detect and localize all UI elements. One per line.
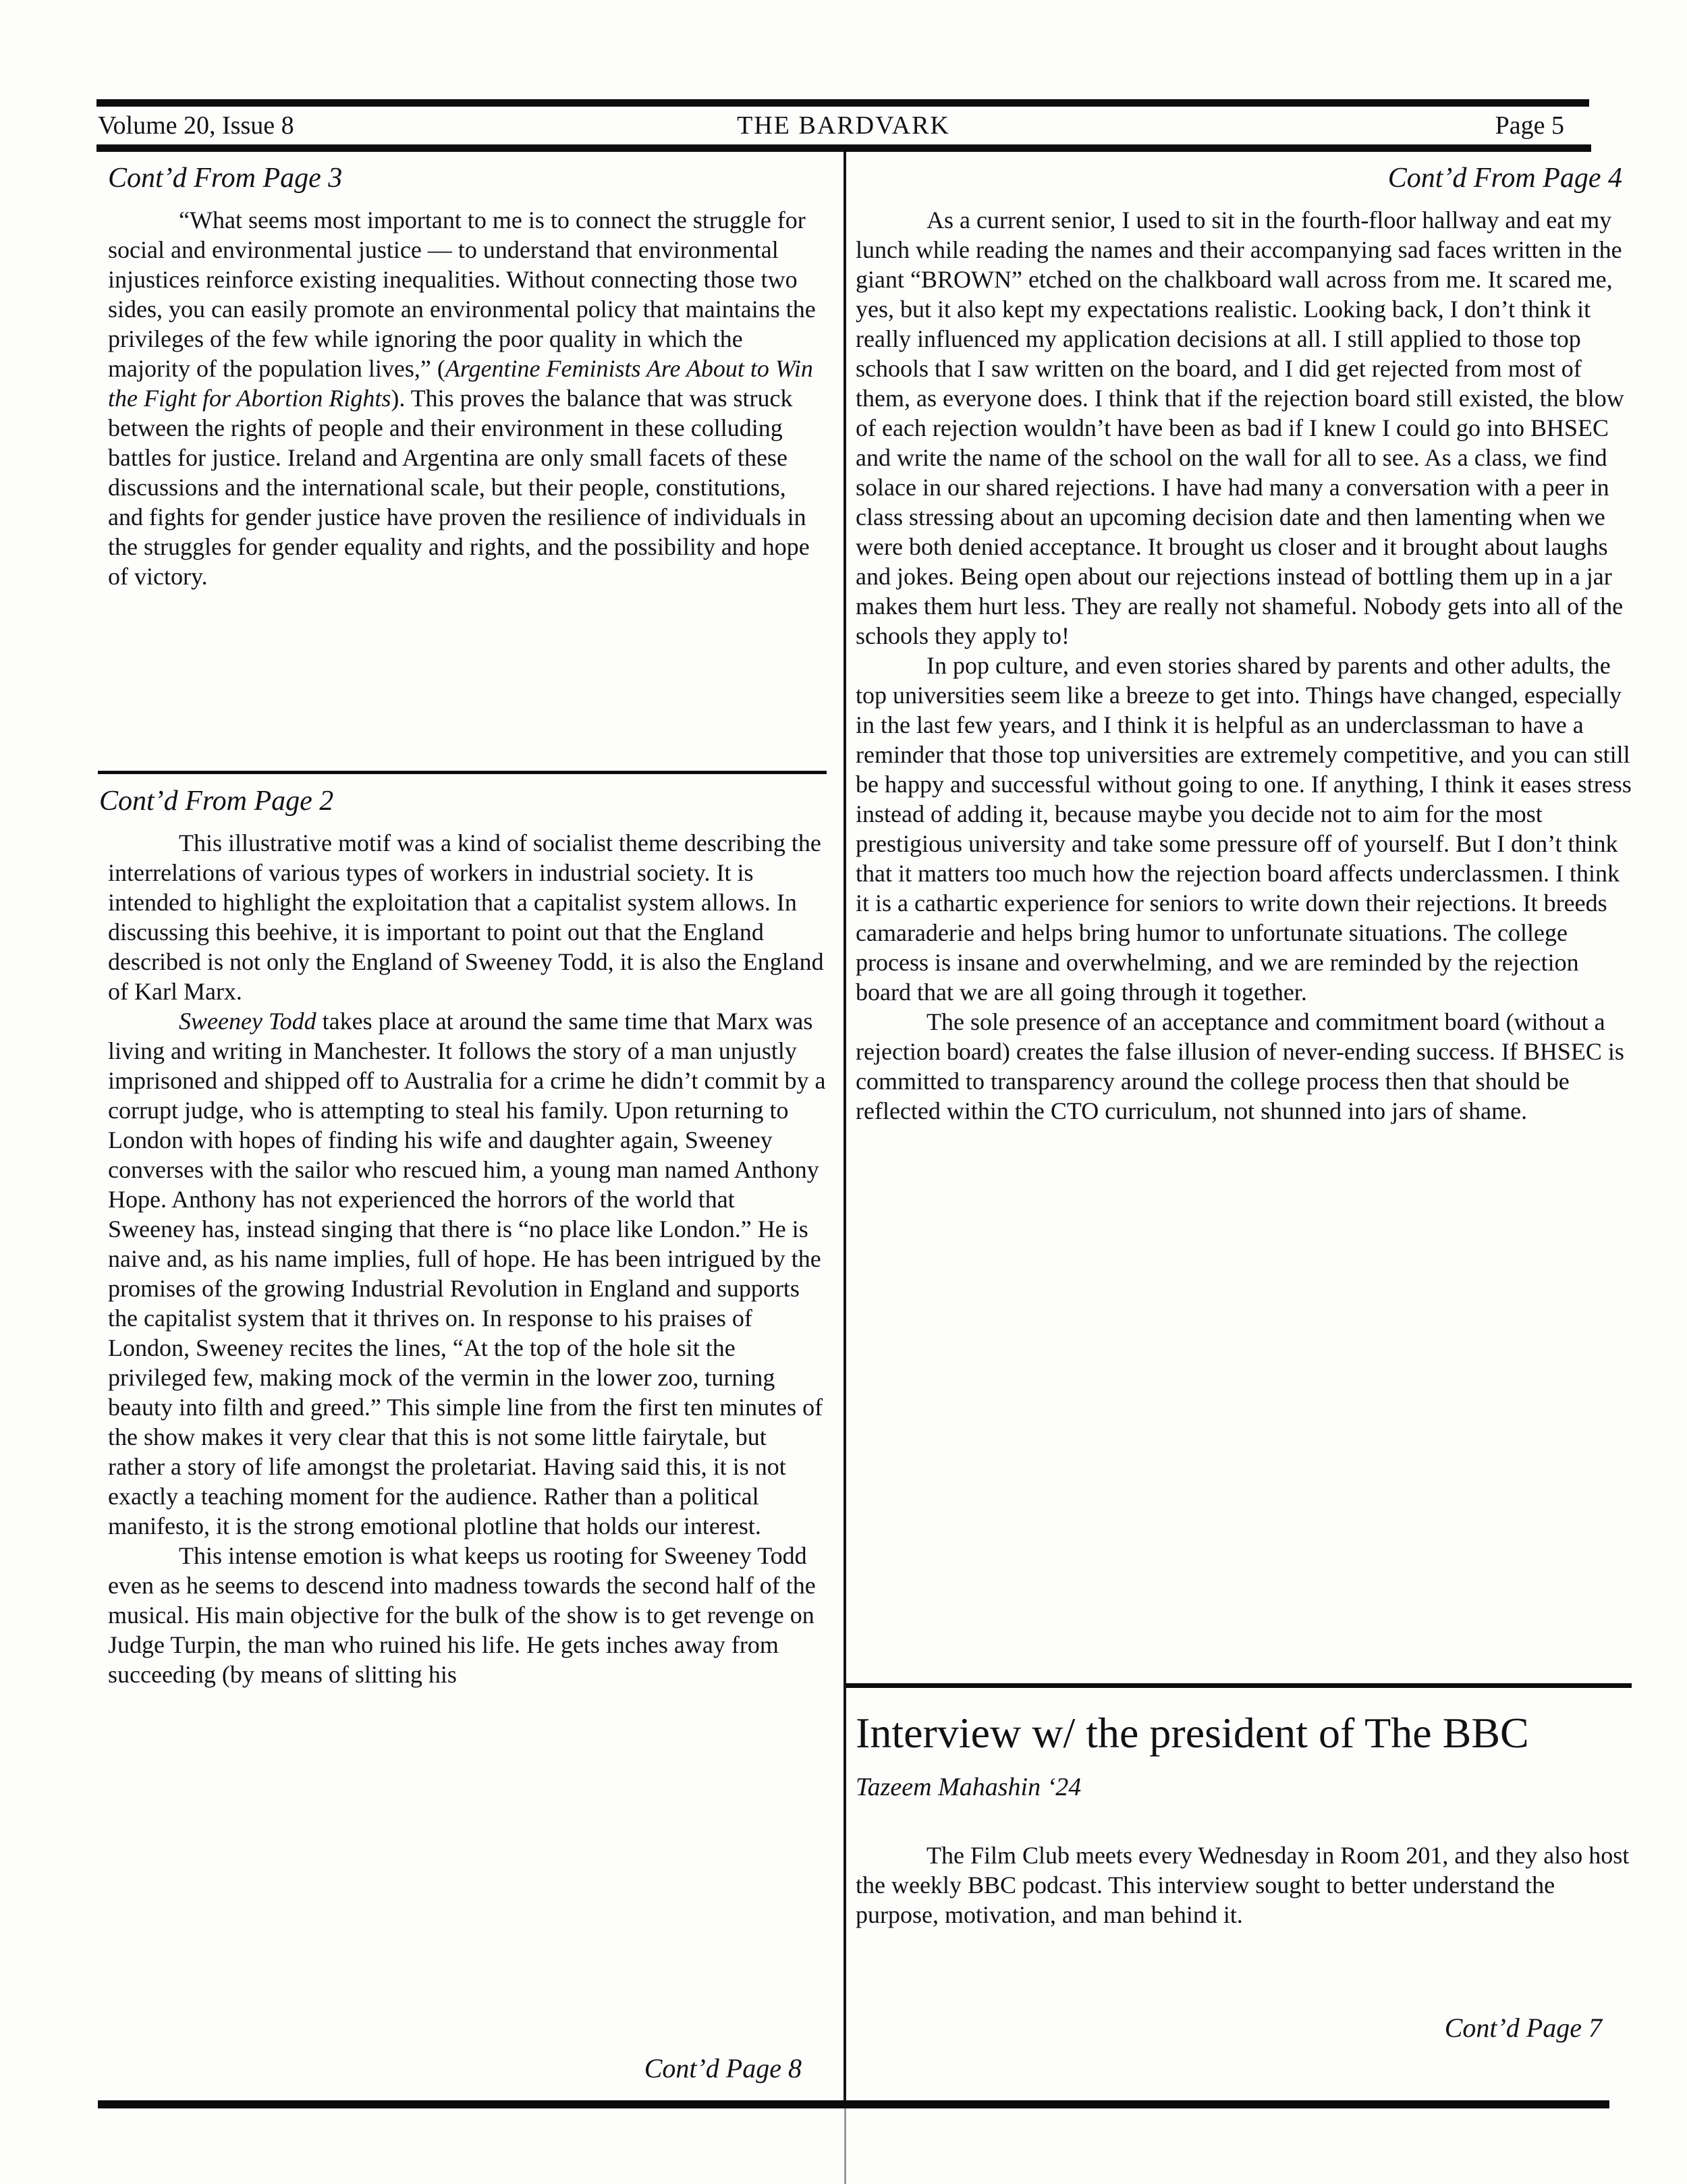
page-bottom-rule [98,2100,1609,2108]
body-paragraph: As a current senior, I used to sit in th… [856,205,1632,651]
continued-from-page-3-label: Cont’d From Page 3 [108,162,823,194]
article-continuation-page-4: Cont’d From Page 4 As a current senior, … [856,162,1632,1126]
body-paragraph: “What seems most important to me is to c… [108,205,823,591]
page-number-label: Page 5 [1495,112,1564,139]
left-column: Cont’d From Page 3 “What seems most impo… [108,162,823,2100]
continued-from-page-4-label: Cont’d From Page 4 [856,162,1632,194]
continued-from-page-2-label: Cont’d From Page 2 [98,785,827,817]
article-continuation-page-3: Cont’d From Page 3 “What seems most impo… [108,162,823,591]
article-body: As a current senior, I used to sit in th… [856,205,1632,1126]
article-body: This illustrative motif was a kind of so… [98,828,827,1689]
body-paragraph: This intense emotion is what keeps us ro… [108,1541,827,1689]
masthead-top-rule [96,99,1589,107]
body-paragraph: This illustrative motif was a kind of so… [108,828,827,1006]
newspaper-title: THE BARDVARK [0,112,1687,139]
article-body: The Film Club meets every Wednesday in R… [846,1840,1632,1930]
article-headline: Interview w/ the president of The BBC [846,1704,1581,1762]
masthead-bottom-rule [96,144,1591,152]
body-paragraph: In pop culture, and even stories shared … [856,651,1632,1007]
article-continuation-page-2: Cont’d From Page 2 This illustrative mot… [98,771,827,1689]
body-paragraph: The Film Club meets every Wednesday in R… [856,1840,1632,1930]
article-byline: Tazeem Mahashin ‘24 [846,1772,1632,1803]
continued-to-page-8-label: Cont’d Page 8 [644,2052,802,2084]
newspaper-page: Volume 20, Issue 8 THE BARDVARK Page 5 C… [0,0,1687,2184]
column-divider-rule-lower [844,2106,846,2184]
article-body: “What seems most important to me is to c… [108,205,823,591]
interview-article: Interview w/ the president of The BBC Ta… [846,1683,1632,1930]
body-paragraph: The sole presence of an acceptance and c… [856,1007,1632,1126]
body-paragraph: Sweeney Todd takes place at around the s… [108,1006,827,1541]
continued-to-page-7-label: Cont’d Page 7 [1445,2012,1602,2044]
right-column: Cont’d From Page 4 As a current senior, … [856,162,1632,2100]
